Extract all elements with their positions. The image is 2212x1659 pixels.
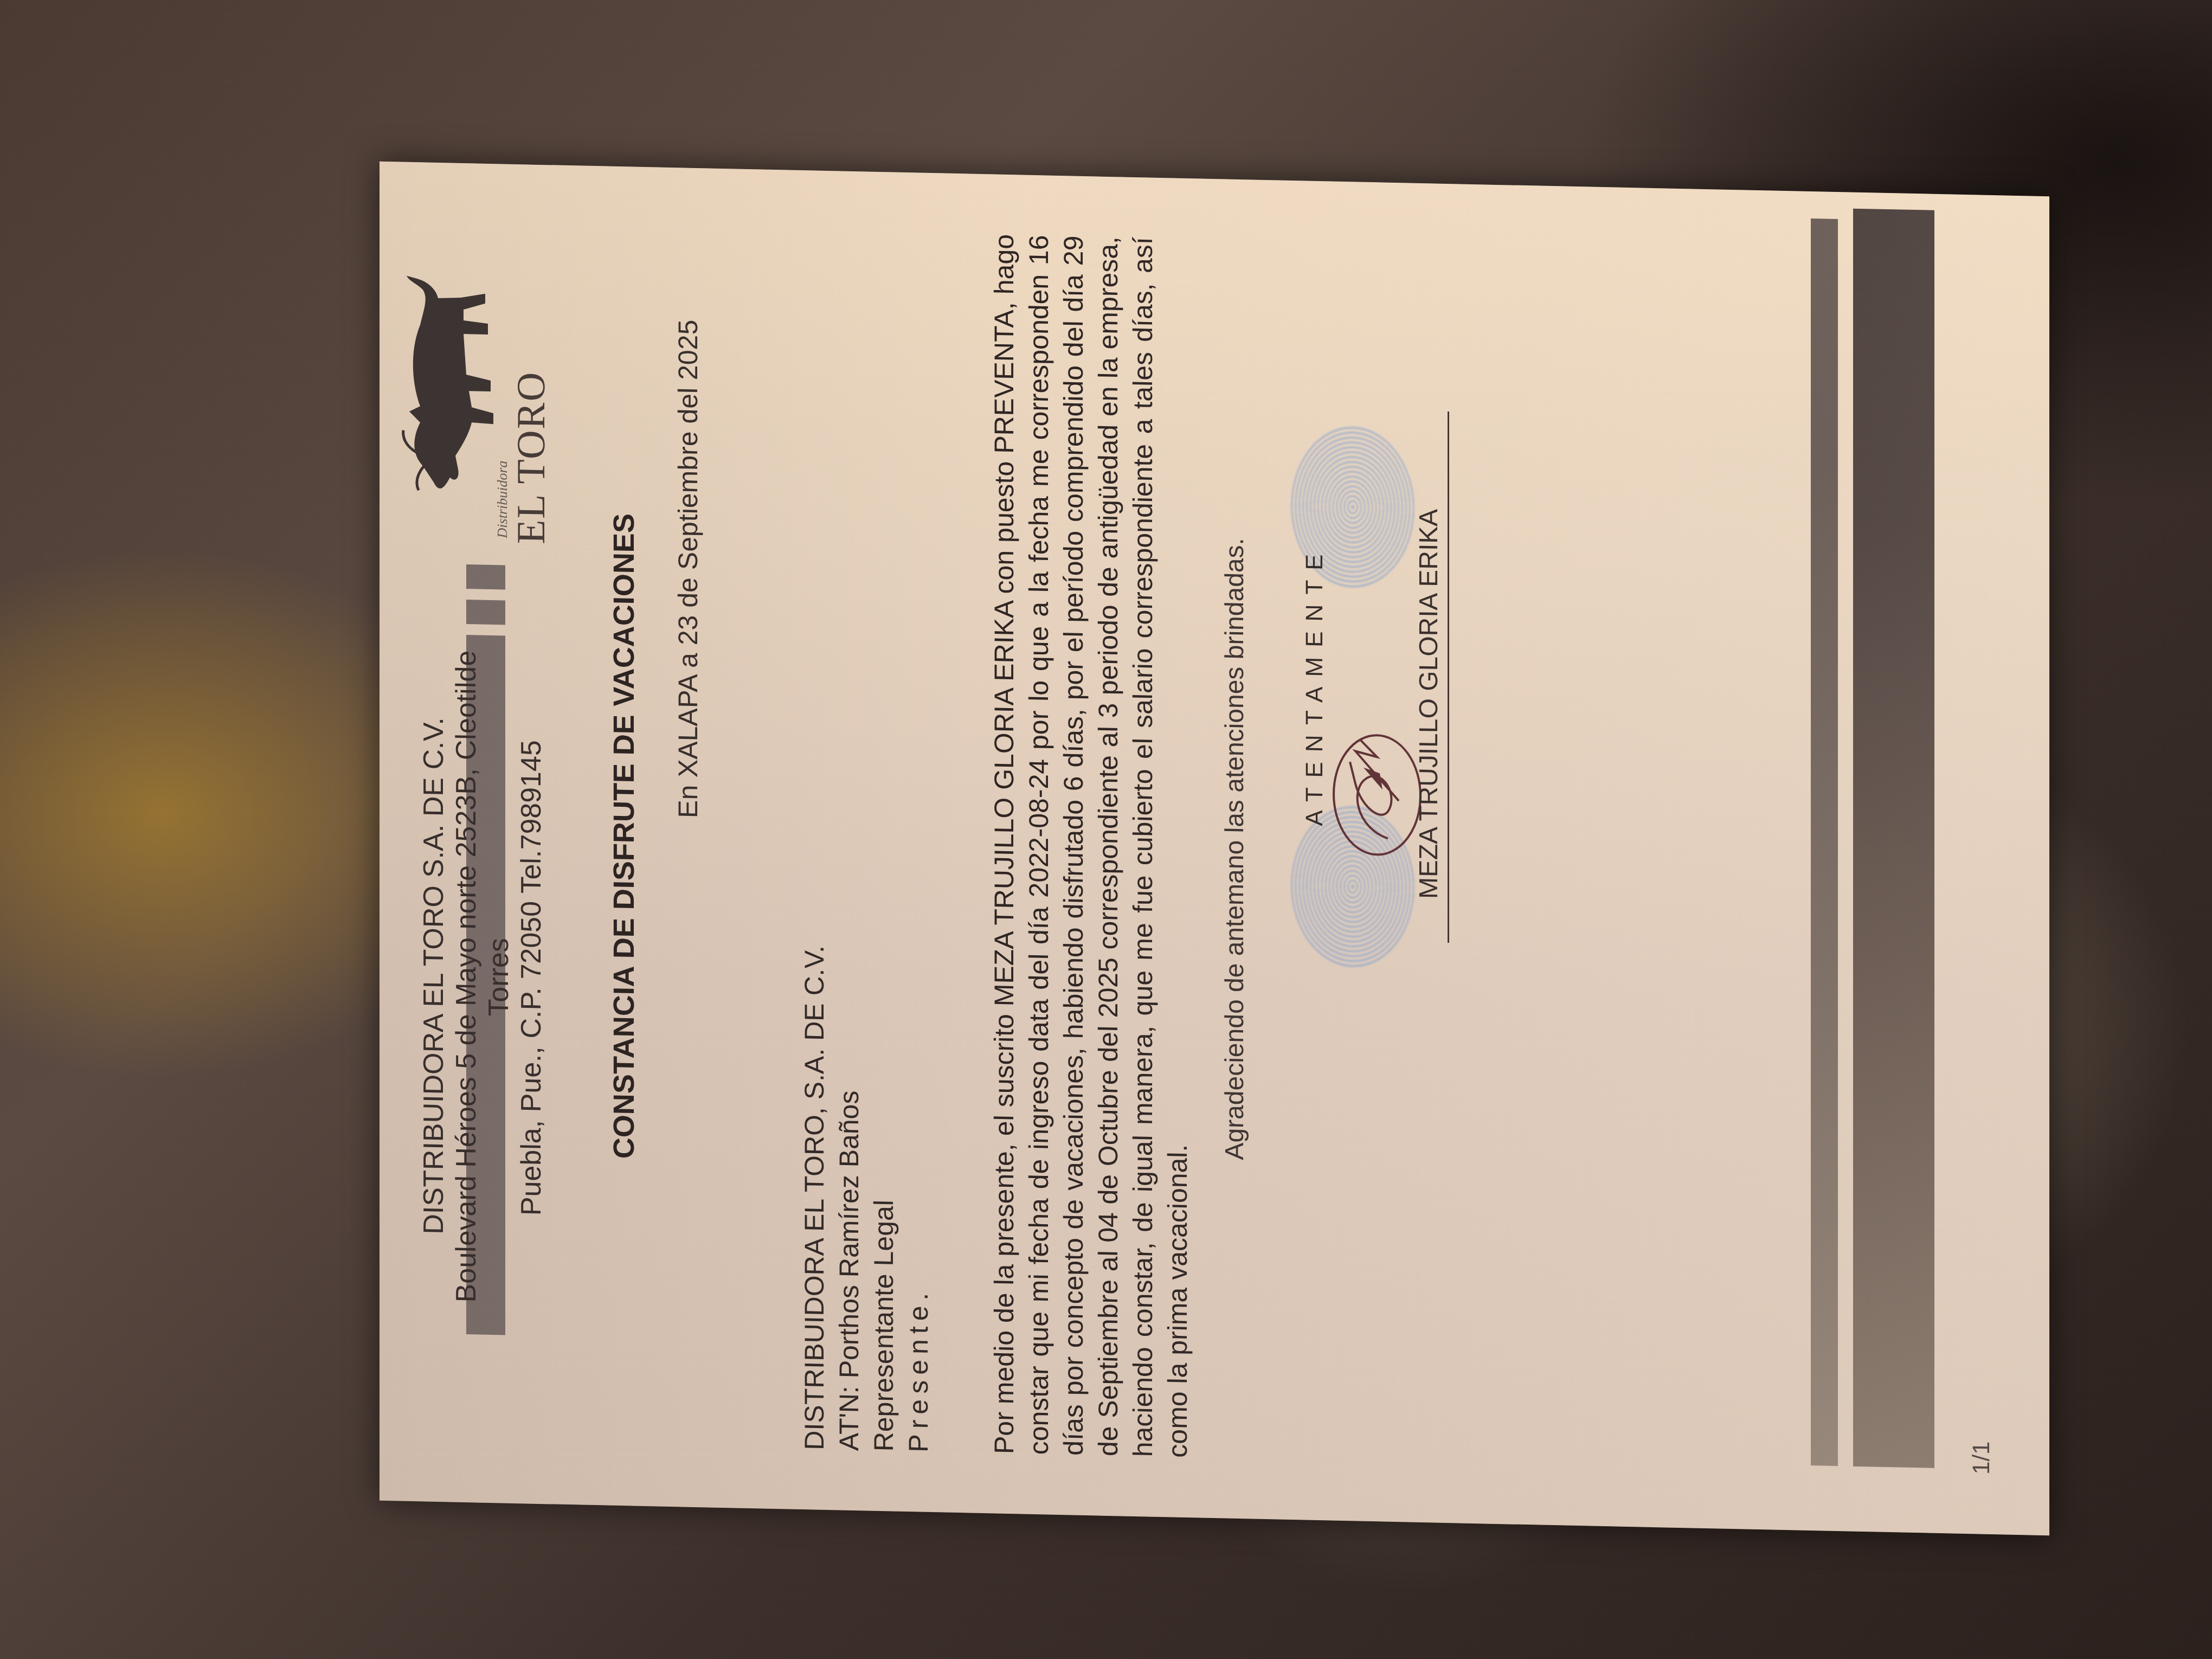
page-number: 1/1 xyxy=(1968,1441,1995,1475)
place-date: En XALAPA a 23 de Septiembre del 2025 xyxy=(672,319,704,818)
addressee-company: DISTRIBUIDORA EL TORO, S.A. DE C.V. xyxy=(797,945,832,1450)
company-city-phone: Puebla, Pue., C.P. 72050 Tel.7989145 xyxy=(515,620,548,1336)
letterhead: DISTRIBUIDORA EL TORO S.A. DE C.V. Boule… xyxy=(380,617,548,1336)
document-title: CONSTANCIA DE DISFRUTE DE VACACIONES xyxy=(607,166,641,1506)
addressee-block: DISTRIBUIDORA EL TORO, S.A. DE C.V. AT'N… xyxy=(797,945,936,1452)
signature-line xyxy=(1448,411,1449,943)
footer-bar-thin xyxy=(1811,218,1838,1466)
company-name: DISTRIBUIDORA EL TORO S.A. DE C.V. xyxy=(417,618,450,1334)
bull-icon xyxy=(390,270,504,500)
company-address: Boulevard Héroes 5 de Mayo norte 2523B, … xyxy=(450,618,515,1335)
addressee-salutation: Presente. xyxy=(901,947,936,1452)
body-paragraph: Por medio de la presente, el suscrito ME… xyxy=(987,234,1195,1458)
handwritten-signature-icon xyxy=(1317,712,1426,877)
header-bar-short xyxy=(466,564,505,590)
addressee-role: Representante Legal xyxy=(866,947,901,1452)
signature-block: ATENTAMENTE MEZA TRUJILLO GLORIA ERIKA xyxy=(1269,391,1496,982)
signer-name: MEZA TRUJILLO GLORIA ERIKA xyxy=(1414,492,1444,916)
paper-sheet: DISTRIBUIDORA EL TORO S.A. DE C.V. Boule… xyxy=(380,162,2049,1536)
addressee-attention: AT'N: Porthos Ramírez Baños xyxy=(832,946,866,1451)
footer-decorative-bars xyxy=(1811,208,1941,1468)
footer-bar-thick xyxy=(1853,209,1934,1468)
logo-brand: EL TORO xyxy=(509,371,555,545)
closing-line: Agradeciendo de antemano las atenciones … xyxy=(1220,179,1250,1519)
company-logo: Distribuidora EL TORO xyxy=(390,275,548,561)
